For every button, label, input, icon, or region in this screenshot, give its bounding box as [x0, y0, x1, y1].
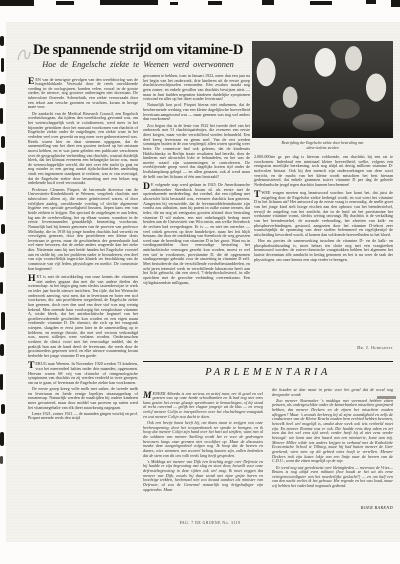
- paragraph: Lente 1921, zomer 1921 — de maanden ging…: [28, 412, 138, 421]
- parlementaria-column-1: MENEER Albarda is een serieus en actief …: [143, 388, 263, 510]
- photo-caption-line2: ultra-violette stralen: [306, 146, 338, 150]
- scan-artifact: [208, 1, 222, 5]
- article-subtitle: Hoe de Engelsche ziekte te Weenen werd o…: [26, 60, 250, 69]
- scan-artifact: [366, 0, 376, 4]
- scan-artifact: [0, 36, 4, 46]
- scan-artifact: [0, 432, 4, 446]
- scan-artifact: [0, 282, 3, 294]
- paragraph: Ook een beetje haast heeft hij, om thans…: [143, 421, 263, 458]
- scan-artifact: [0, 344, 4, 356]
- paragraph: EEN van de treurigste gevolgen van den w…: [28, 78, 138, 111]
- article-column-1: EEN van de treurigste gevolgen van den w…: [28, 74, 138, 520]
- paragraph: De eerste groep kreeg volle melk met sui…: [28, 387, 138, 410]
- photo-shading: [252, 120, 393, 138]
- scan-artifact: [262, 0, 274, 5]
- drop-cap: T: [254, 191, 260, 199]
- paragraph: Natuurlijk kon prof. Pirquet hierna niet…: [143, 103, 250, 122]
- paragraph: TWEE vragen moeten nog beantwoord worden…: [254, 191, 393, 238]
- scan-artifact: [56, 1, 74, 5]
- page-footer: PAG. 7 DE GROENE No. 3119: [50, 521, 370, 525]
- paragraph: DE volgende stap werd gedaan in 1925. De…: [143, 183, 250, 285]
- drop-cap: D: [143, 183, 150, 191]
- paragraph: 2.000.000ste gr. per dag is hiervan vold…: [254, 155, 393, 188]
- scan-artifact: [0, 196, 3, 210]
- scan-artifact: [0, 84, 5, 94]
- scan-artifact: [0, 252, 4, 268]
- paragraph: De aandacht van de Medical Research Coun…: [28, 112, 138, 187]
- parlementaria-signature: BOER BAREND: [272, 505, 393, 510]
- scan-artifact: [1, 224, 5, 234]
- paragraph: TERUG naar Weenen. In November 1920 werd…: [28, 362, 138, 385]
- parlementaria-column-2: die houden ze dan maar in petto voor het…: [272, 388, 393, 504]
- scan-artifact: [0, 374, 3, 390]
- scan-artifact: [100, 0, 158, 5]
- scan-artifact: [1, 58, 4, 72]
- uv-treatment-photo: [252, 41, 393, 138]
- paragraph: MENEER Albarda is een serieus en actief …: [143, 392, 263, 420]
- article-column-2: gewonnen te hebben, toen in Januari 1922…: [143, 74, 250, 354]
- drop-cap: T: [28, 362, 34, 370]
- paragraph: Er werd nog wat geredetwist over kleinig…: [272, 466, 393, 489]
- paragraph: Zou meneer Slotemaker 's middags met wee…: [272, 399, 393, 464]
- drop-cap: M: [143, 392, 152, 400]
- scan-artifact: [1, 404, 5, 414]
- scan-artifact: [0, 108, 3, 124]
- scan-artifact: [170, 2, 178, 5]
- parlementaria-heading: PARLEMENTARIA: [143, 367, 393, 378]
- paragraph: 's Middags zei meneer van Dijk een krach…: [143, 460, 263, 493]
- article-signature: Dr. J. Oudegeest: [254, 345, 393, 350]
- article-title: De spannende strijd om vitamine-D: [26, 42, 250, 59]
- article-column-3: 2.000.000ste gr. per dag is hiervan vold…: [254, 155, 393, 343]
- paragraph: Professor Clemens Pirquet, de beroemde d…: [28, 188, 138, 272]
- paragraph: Hoe nu precies de samenwerking tusschen …: [254, 239, 393, 262]
- paragraph: die houden ze dan maar in petto voor het…: [272, 388, 393, 397]
- paragraph: Zoo begon dus in de lente van 1922 het t…: [143, 124, 250, 180]
- photo-caption: Bestrijding der Engelsche ziekte door be…: [252, 141, 393, 150]
- scan-artifact: [310, 1, 332, 5]
- scan-artifact: [0, 0, 34, 6]
- scan-artifact: [0, 162, 4, 180]
- paragraph: gewonnen te hebben, toen in Januari 1922…: [143, 74, 250, 102]
- scan-artifact: [0, 456, 3, 464]
- scan-artifact: [1, 136, 5, 148]
- drop-cap: E: [28, 78, 34, 86]
- photo-caption-line1: Bestrijding der Engelsche ziekte door be…: [282, 141, 364, 145]
- drop-cap: H: [28, 275, 35, 283]
- scan-artifact: [1, 312, 5, 330]
- scan-artifact: [391, 0, 400, 7]
- section-divider: [143, 361, 393, 362]
- paragraph: HET is met de ontwikkeling van onze kenn…: [28, 275, 138, 359]
